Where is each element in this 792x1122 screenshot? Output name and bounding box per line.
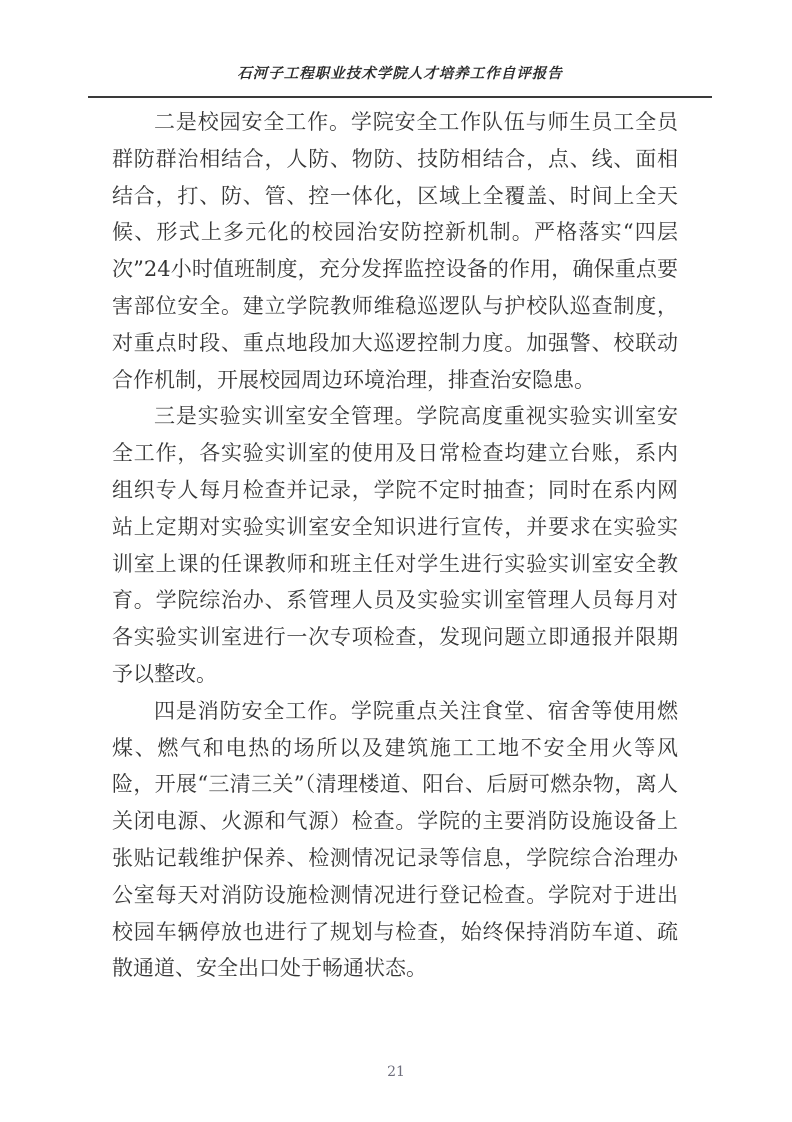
document-page: 石河子工程职业技术学院人才培养工作自评报告 二是校园安全工作。学院安全工作队伍与… <box>0 0 792 1122</box>
document-body: 二是校园安全工作。学院安全工作队伍与师生员工全员群防群治相结合，人防、物防、技防… <box>112 104 678 987</box>
page-header: 石河子工程职业技术学院人才培养工作自评报告 <box>88 62 712 91</box>
paragraph-fire-safety: 四是消防安全工作。学院重点关注食堂、宿舍等使用燃煤、燃气和电热的场所以及建筑施工… <box>112 693 678 987</box>
paragraph-lab-safety: 三是实验实训室安全管理。学院高度重视实验实训室安全工作，各实验实训室的使用及日常… <box>112 398 678 692</box>
paragraph-campus-security: 二是校园安全工作。学院安全工作队伍与师生员工全员群防群治相结合，人防、物防、技防… <box>112 104 678 398</box>
header-title: 石河子工程职业技术学院人才培养工作自评报告 <box>237 62 563 91</box>
page-footer: 21 <box>0 1061 792 1080</box>
page-number: 21 <box>387 1064 405 1080</box>
header-rule-divider <box>88 96 712 98</box>
